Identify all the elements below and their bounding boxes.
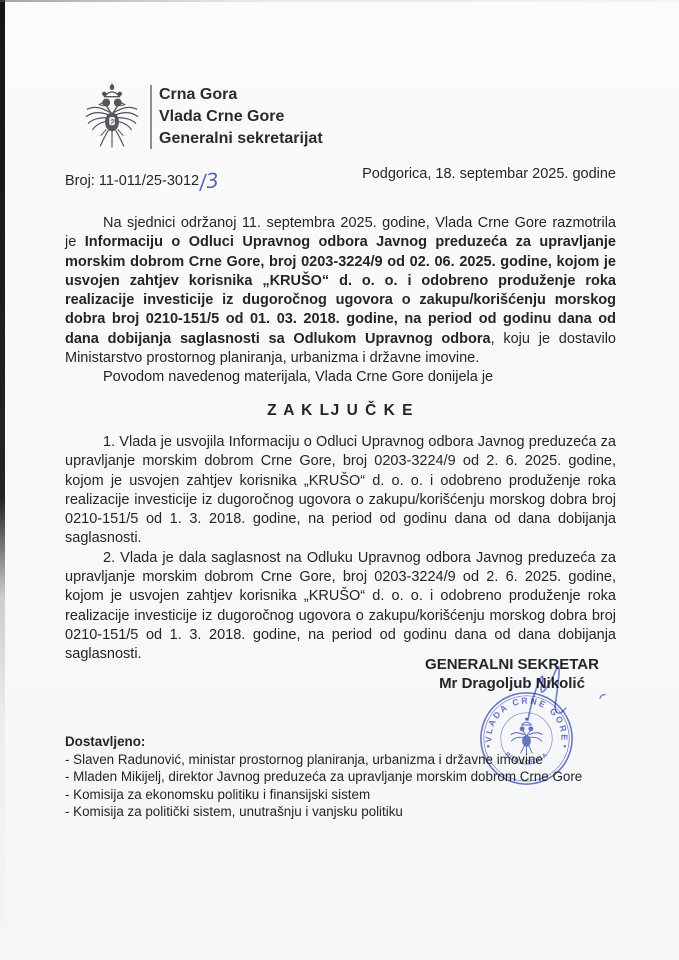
crown [103, 84, 122, 97]
document-content: Crna Gora Vlada Crne Gore Generalni sekr… [65, 82, 616, 665]
eagle-body-shield [106, 113, 119, 130]
document-number-text: Broj: 11-011/25-3012 [65, 173, 199, 189]
eagle-heads [99, 99, 125, 114]
place-and-date: Podgorica, 18. septembar 2025. godine [362, 166, 616, 182]
conclusions-heading: Z A K LJ U Č K E [65, 401, 616, 420]
meta-row: Broj: 11-011/25-3012/3 Podgorica, 18. se… [65, 166, 616, 190]
org-line-country: Crna Gora [159, 84, 323, 106]
letterhead-divider [150, 85, 152, 149]
issuing-authority: Crna Gora Vlada Crne Gore Generalni sekr… [159, 82, 323, 150]
lead-in-paragraph: Povodom navedenog materijala, Vlada Crne… [65, 368, 616, 387]
org-line-government: Vlada Crne Gore [159, 106, 323, 128]
handwritten-signature-icon [498, 658, 618, 730]
conclusion-item-2: 2. Vlada je dala saglasnost na Odluku Up… [65, 549, 616, 665]
distribution-item: - Komisija za ekonomsku politiku i finan… [65, 786, 582, 803]
org-line-secretariat: Generalni sekretarijat [159, 128, 323, 150]
intro-paragraph: Na sjednici održanoj 11. septembra 2025.… [65, 214, 616, 368]
conclusion-item-1: 1. Vlada je usvojila Informaciju o Odluc… [65, 433, 616, 549]
document-body: Na sjednici održanoj 11. septembra 2025.… [65, 214, 616, 665]
scan-top-edge [0, 0, 679, 2]
handwritten-number: /3 [198, 168, 220, 194]
letterhead: Crna Gora Vlada Crne Gore Generalni sekr… [65, 82, 616, 154]
scan-edge-shadow [0, 0, 5, 960]
document-number: Broj: 11-011/25-3012/3 [65, 166, 219, 190]
distribution-item: - Komisija za politički sistem, unutrašn… [65, 803, 582, 820]
montenegro-coat-of-arms-icon [83, 82, 141, 154]
eagle-tail [100, 130, 123, 147]
scanned-document-page: Crna Gora Vlada Crne Gore Generalni sekr… [0, 0, 679, 960]
